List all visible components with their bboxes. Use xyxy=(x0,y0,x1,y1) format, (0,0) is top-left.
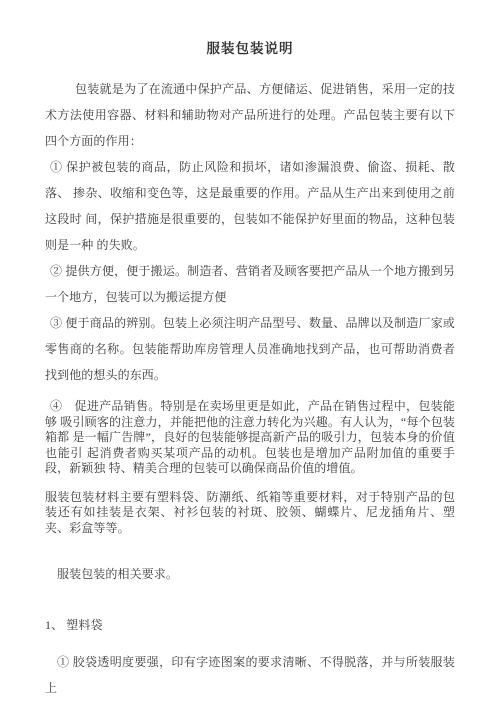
paragraph-function-3-identify: ③ 便于商品的辨别。包装上必须注明产品型号、数量、品牌以及制造厂家或零售商的名称… xyxy=(45,310,455,388)
document-page: 服装包装说明 包装就是为了在流通中保护产品、方便储运、促进销售，采用一定的技术方… xyxy=(0,0,500,707)
paragraph-function-2-convenience: ② 提供方便，便于搬运。制造者、营销者及顾客要把产品从一个地方搬到另一个地方，包… xyxy=(45,258,455,310)
paragraph-function-1-protect: ① 保护被包装的商品，防止风险和损坏，诸如渗漏浪费、偷盗、损耗、散落、 掺杂、收… xyxy=(45,154,455,258)
list-item-1-point-1: ① 胶袋透明度要强，印有字迹图案的要求清晰、不得脱落，并与所装服装上 xyxy=(45,649,455,701)
list-item-1-label: 1、 塑料袋 xyxy=(45,612,455,638)
requirements-heading: 服装包装的相关要求。 xyxy=(45,561,455,587)
paragraph-materials: 服装包装材料主要有塑料袋、防潮纸、纸箱等重要材料，对于特别产品的包装还有如挂装是… xyxy=(45,490,455,537)
page-title: 服装包装说明 xyxy=(45,40,455,58)
paragraph-intro: 包装就是为了在流通中保护产品、方便储运、促进销售，采用一定的技术方法使用容器、材… xyxy=(45,76,455,154)
paragraph-function-4-promote: ④ 促进产品销售。特别是在卖场里更是如此，产品在销售过程中，包装能够 吸引顾客的… xyxy=(45,399,455,477)
